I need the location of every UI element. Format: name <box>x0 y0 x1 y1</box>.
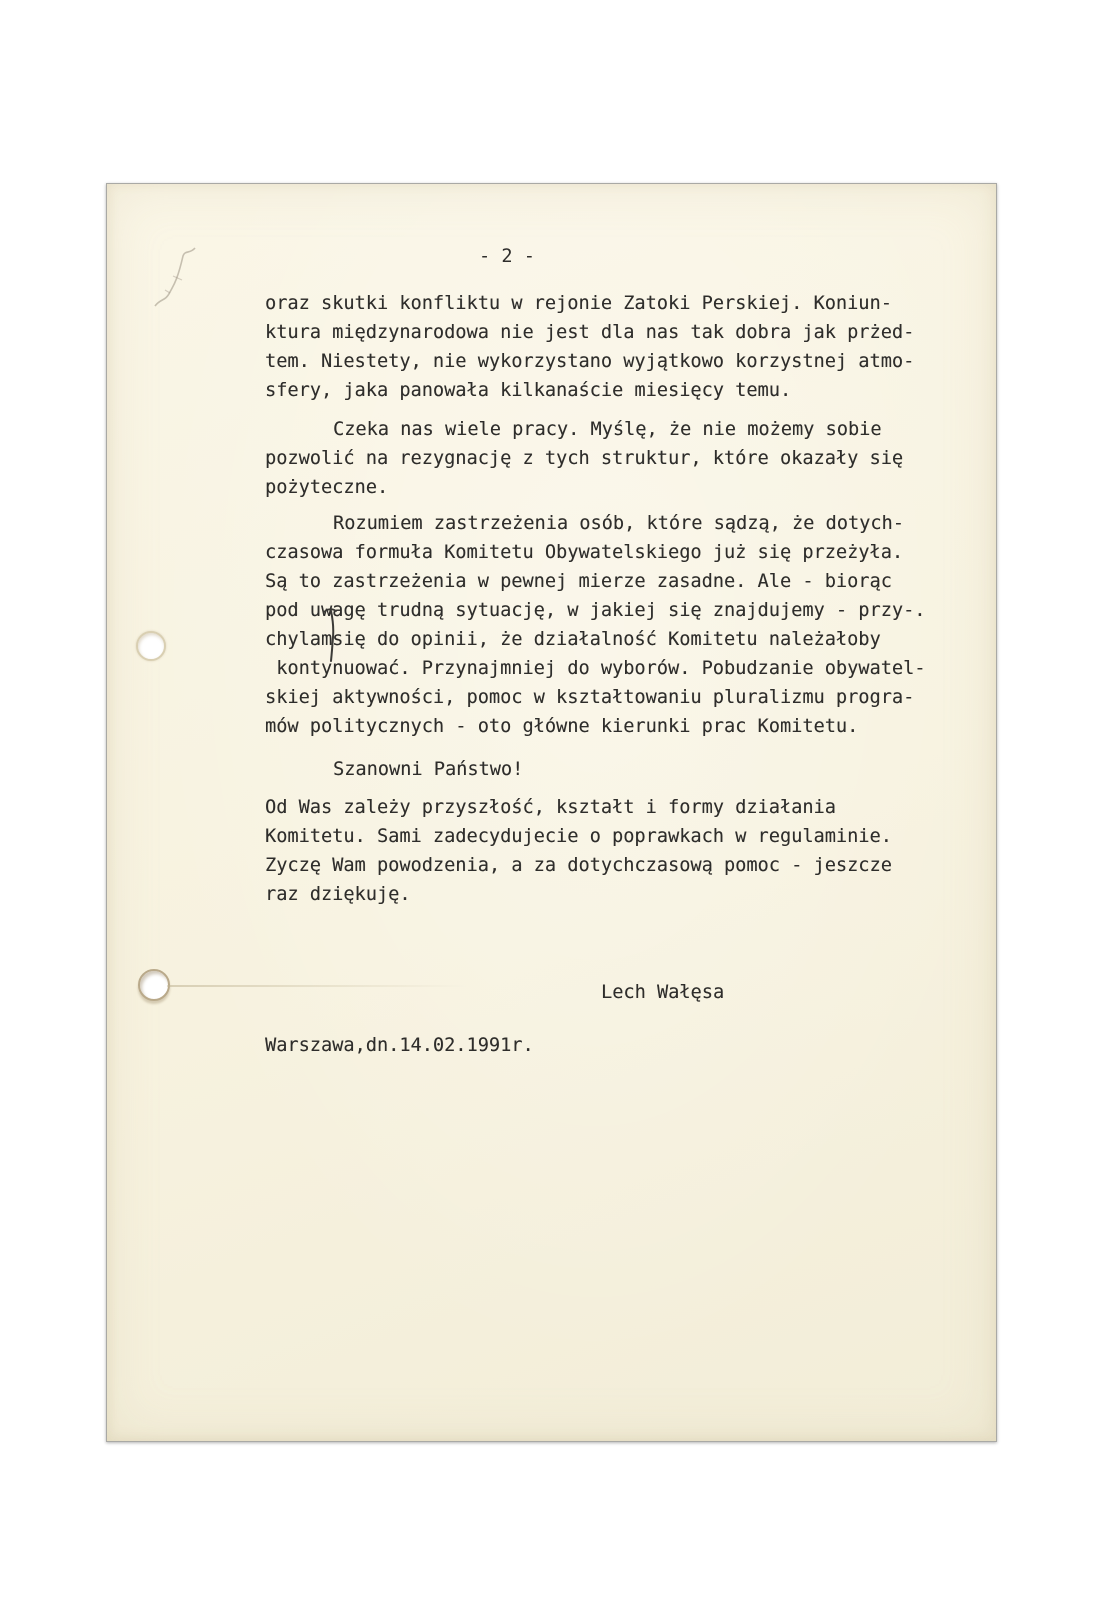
text-line: Są to zastrzeżenia w pewnej mierze zasad… <box>265 567 925 596</box>
text-line: Zyczę Wam powodzenia, a za dotychczasową… <box>265 851 925 880</box>
scan-background: { "colors": { "paper": "#f7f2df", "ink":… <box>0 0 1104 1600</box>
paragraph: Od Was zależy przyszłość, kształt i form… <box>265 793 925 909</box>
hole-punch-top <box>136 631 166 661</box>
text-line: raz dziękuję. <box>265 880 925 909</box>
text-line: Od Was zależy przyszłość, kształt i form… <box>265 793 925 822</box>
text-line: pozwolić na rezygnację z tych struktur, … <box>265 444 925 473</box>
dateline: Warszawa,dn.14.02.1991r. <box>265 1031 925 1060</box>
text-line: Rozumiem zastrzeżenia osób, które sądzą,… <box>265 509 925 538</box>
text-line: Komitetu. Sami zadecydujecie o poprawkac… <box>265 822 925 851</box>
text-line: skiej aktywności, pomoc w kształtowaniu … <box>265 683 925 712</box>
paragraph: Czeka nas wiele pracy. Myślę, że nie moż… <box>265 415 925 502</box>
text-line: ktura międzynarodowa nie jest dla nas ta… <box>265 318 925 347</box>
text-line: pożyteczne. <box>265 473 925 502</box>
hole-punch-bottom <box>138 969 170 1001</box>
paragraph: Rozumiem zastrzeżenia osób, które sądzą,… <box>265 509 925 741</box>
text-line: pod uwagę trudną sytuację, w jakiej się … <box>265 596 925 625</box>
document-page: - 2 - oraz skutki konfliktu w rejonie Za… <box>106 183 997 1442</box>
text-line: Czeka nas wiele pracy. Myślę, że nie moż… <box>265 415 925 444</box>
text-line: kontynuować. Przynajmniej do wyborów. Po… <box>265 654 925 683</box>
letter-body: oraz skutki konfliktu w rejonie Zatoki P… <box>265 289 925 1060</box>
page-number: - 2 - <box>479 242 535 271</box>
text-line: chylamsię do opinii, że działalność Komi… <box>265 625 925 654</box>
text-line: oraz skutki konfliktu w rejonie Zatoki P… <box>265 289 925 318</box>
paragraph: oraz skutki konfliktu w rejonie Zatoki P… <box>265 289 925 405</box>
salutation: Szanowni Państwo! <box>265 755 925 784</box>
text-line: mów politycznych - oto główne kierunki p… <box>265 712 925 741</box>
text-line: czasowa formuła Komitetu Obywatelskiego … <box>265 538 925 567</box>
text-line: tem. Niestety, nie wykorzystano wyjątkow… <box>265 347 925 376</box>
text-line: sfery, jaka panowała kilkanaście miesięc… <box>265 376 925 405</box>
signature-name: Lech Wałęsa <box>265 978 925 1007</box>
